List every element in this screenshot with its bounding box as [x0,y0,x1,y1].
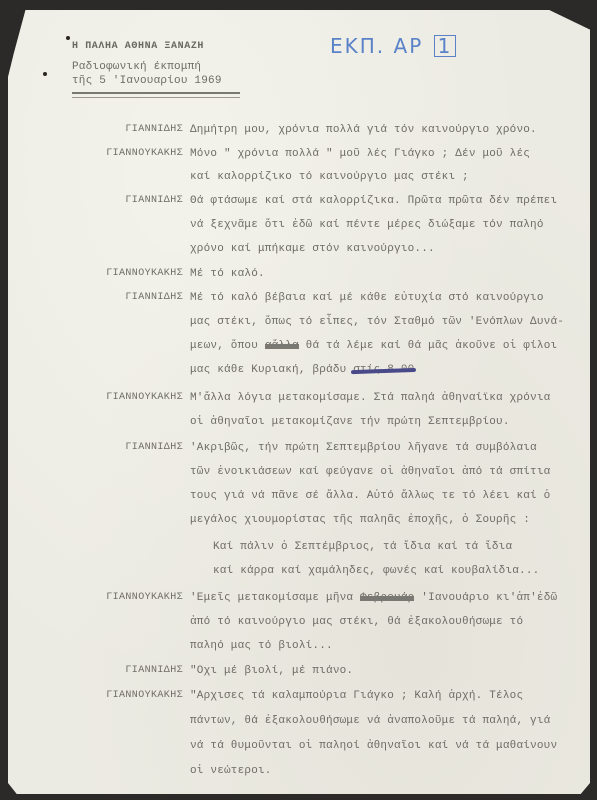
speaker-label: ΓΙΑΝΝΙΔΗΣ [60,119,183,141]
poem-line: Καί πάλιν ὁ Σεπτέμβριος, τά ἴδια καί τά … [213,536,512,558]
dialogue-text: μας κάθε Κυριακή, βράδυ [190,364,346,376]
dialogue-line: νά ξεχνᾶμε ὅτι ἐδῶ καί πέντε μέρες διώξα… [190,214,544,236]
speaker-label: ΓΙΑΝΝΙΔΗΣ [60,190,183,212]
speaker-label: ΓΙΑΝΝΙΔΗΣ [60,437,183,459]
speaker-label: ΓΙΑΝΝΟΥΚΑΚΗΣ [60,387,183,409]
dialogue-line: Μέ τό καλό βέβαια καί μέ κάθε εὐτυχία στ… [190,287,544,309]
dialogue-text: θά τά λέμε καί θά μᾶς ἀκοῦνε οἱ φίλοι [306,340,558,352]
struck-out-word: Φεβρουάρ [360,587,414,609]
dialogue-line: μεων, ὅπου αἄλλα θά τά λέμε καί θά μᾶς ἀ… [190,335,557,357]
punch-hole [43,72,47,76]
struck-out-word: αἄλλα [265,335,299,357]
speaker-label: ΓΙΑΝΝΟΥΚΑΚΗΣ [60,143,183,165]
ink-struck-word: στίς 8.00 [353,359,414,381]
broadcast-subtitle: Ραδιοφωνική έκπομπή [72,60,222,74]
broadcast-date: τῆς 5 'Ιανουαρίου 1969 [72,74,222,88]
speaker-label: ΓΙΑΝΝΙΔΗΣ [60,660,183,682]
dialogue-line: Μόνο " χρόνια πολλά " μοῦ λές Γιάγκο ; Δ… [190,143,530,165]
dialogue-line: νά τά θυμοῦνται οἱ παληοί ἀθηναῖοι καί ν… [190,735,557,757]
dialogue-line: Μ'ἄλλα λόγια μετακομίσαμε. Στά παληά ἀθη… [190,387,550,409]
dialogue-text: 'Εμεῖς μετακομίσαμε μῆνα [190,592,353,604]
dialogue-line: Δημήτρη μου, χρόνια πολλά γιά τόν καινού… [190,119,537,141]
handwritten-annotation: ΕΚΠ. ΑΡ 1 [330,34,456,58]
dialogue-line: 'Εμεῖς μετακομίσαμε μῆνα Φεβρουάρ 'Ιανου… [190,587,557,609]
dialogue-line: ἀπό τό καινούργιο μας στέκι, θά ἐξακολου… [190,611,523,633]
dialogue-line: παληό μας τό βιολί... [190,635,333,657]
dialogue-text: 'Ιανουάριο κι'ἀπ'ἐδῶ [421,592,557,604]
speaker-label: ΓΙΑΝΝΟΥΚΑΚΗΣ [60,587,183,609]
poem-line: καί κάρρα καί χαμάληδες, φωνές καί κουβα… [213,560,539,582]
dialogue-line: "Αρχισες τά καλαμπούρια Γιάγκο ; Καλή ἀρ… [190,685,523,707]
dialogue-line: τους γιά νά πᾶνε σέ ἄλλα. Αὐτό ἄλλως τε … [190,485,550,507]
document-title: Η ΠΑΛΗΑ ΑΘΗΝΑ ΞΑΝΑΖΗ [72,40,222,54]
dialogue-line: οἱ νεώτεροι. [190,760,272,782]
dialogue-line: Θά φτάσωμε καί στά καλορρίζικα. Πρῶτα πρ… [190,190,557,212]
speaker-label: ΓΙΑΝΝΟΥΚΑΚΗΣ [60,685,183,707]
document-header: Η ΠΑΛΗΑ ΑΘΗΝΑ ΞΑΝΑΖΗ Ραδιοφωνική έκπομπή… [72,40,222,88]
speaker-label: ΓΙΑΝΝΟΥΚΑΚΗΣ [60,263,183,285]
dialogue-line: μας κάθε Κυριακή, βράδυ στίς 8.00 [190,359,414,381]
annotation-page-number: 1 [434,35,457,57]
punch-hole [66,36,70,40]
dialogue-line: "Οχι μέ βιολί, μέ πιάνο. [190,660,353,682]
dialogue-line: οἱ ἀθηναῖοι μετακομίζανε τήν πρώτη Σεπτε… [190,411,510,433]
dialogue-line: Μέ τό καλό. [190,263,265,285]
annotation-text: ΕΚΠ. ΑΡ [330,34,423,58]
dialogue-text: μεων, ὅπου [190,340,258,352]
speaker-label: ΓΙΑΝΝΙΔΗΣ [60,287,183,309]
dialogue-line: χρόνο καί μπήκαμε στόν καινούργιο... [190,238,435,260]
dialogue-line: τῶν ἐνοικιάσεων καί φεύγανε οἱ ἀθηναῖοι … [190,461,550,483]
dialogue-line: καί καλορρίζικο τό καινούργιο μας στέκι … [190,166,469,188]
dialogue-line: πάντων, θά ἐξακολουθήσωμε νά ἀναπολοῦμε … [190,710,550,732]
dialogue-line: μας στέκι, ὅπως τό εἶπες, τόν Σταθμό τῶν… [190,311,564,333]
dialogue-line: 'Ακριβῶς, τήν πρώτη Σεπτεμβρίου λῆγανε τ… [190,437,537,459]
dialogue-line: μεγάλος χιουμορίστας τῆς παληᾶς ἐποχῆς, … [190,509,530,531]
header-divider [72,92,240,98]
